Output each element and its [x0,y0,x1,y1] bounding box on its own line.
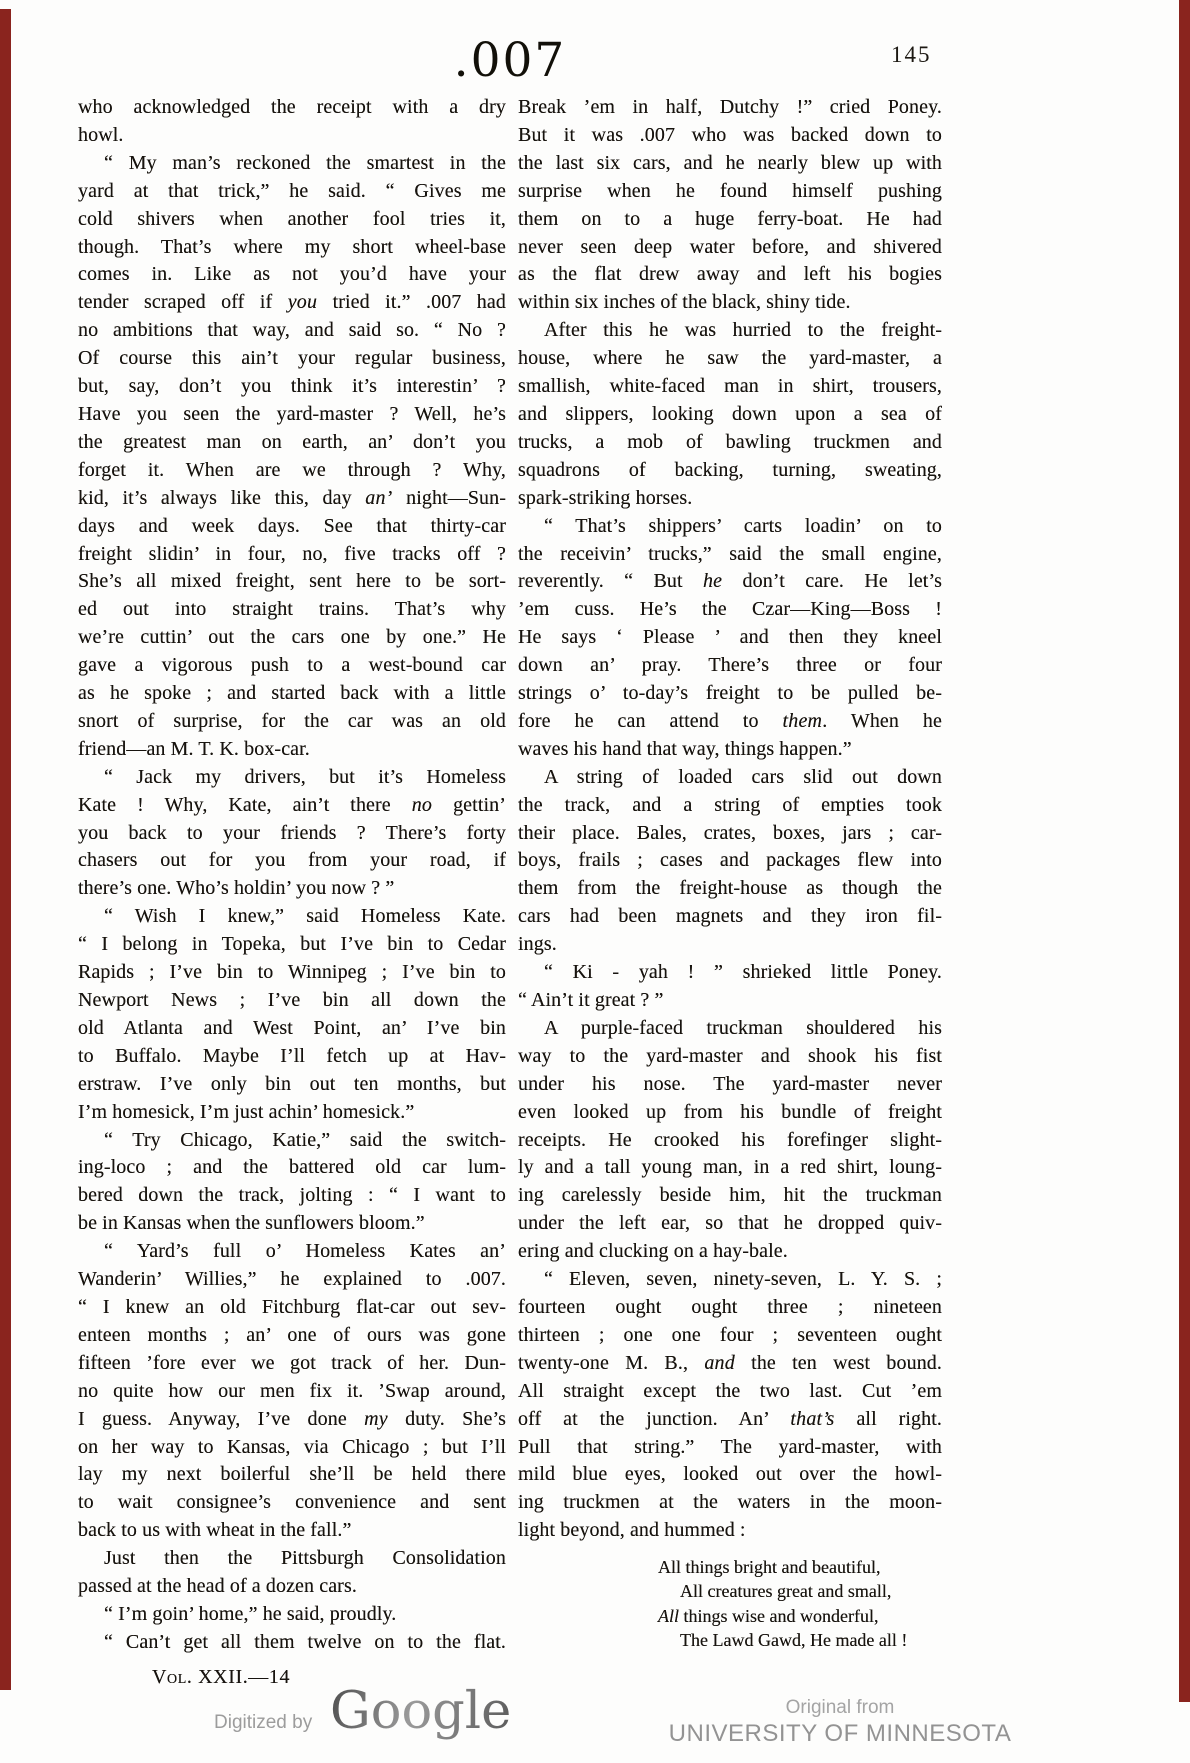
paragraph: “ My man’s reckoned the smartest in they… [78,150,506,764]
text-line: days and week days. See that thirty-car [78,513,506,541]
text-line: though. That’s where my short wheel-base [78,234,506,262]
text-line: He says ‘ Please ’ and then they kneel [518,624,942,652]
text-line: ’em cuss. He’s the Czar—King—Boss ! [518,596,942,624]
text-line: way to the yard-master and shook his fis… [518,1043,942,1071]
text-line: gave a vigorous push to a west-bound car [78,652,506,680]
paragraph: “ Yard’s full o’ Homeless Kates an’Wande… [78,1238,506,1545]
text-line: boys, frails ; cases and packages flew i… [518,847,942,875]
text-line: under his nose. The yard-master never [518,1071,942,1099]
text-line: A purple-faced truckman shouldered his [518,1015,942,1043]
text-line: Just then the Pittsburgh Consolidation [78,1545,506,1573]
text-line: “ I knew an old Fitchburg flat-car out s… [78,1294,506,1322]
text-line: twenty-one M. B., and the ten west bound… [518,1350,942,1378]
paragraph-container-right: Break ’em in half, Dutchy !” cried Poney… [518,94,942,1545]
text-line: squadrons of backing, turning, sweating, [518,457,942,485]
text-line: A string of loaded cars slid out down [518,764,942,792]
text-line: them on to a huge ferry-boat. He had [518,206,942,234]
paragraph: “ I’m goin’ home,” he said, proudly. [78,1601,506,1629]
text-line: ly and a tall young man, in a red shirt,… [518,1154,942,1182]
text-line: Have you seen the yard-master ? Well, he… [78,401,506,429]
text-line: we’re cuttin’ out the cars one by one.” … [78,624,506,652]
text-line: within six inches of the black, shiny ti… [518,289,942,317]
text-line: as the flat drew away and left his bogie… [518,261,942,289]
text-line: house, where he saw the yard-master, a [518,345,942,373]
text-line: ing carelessly beside him, hit the truck… [518,1182,942,1210]
text-line: the receivin’ trucks,” said the small en… [518,541,942,569]
original-from-label: Original from [690,1697,990,1719]
text-line: even looked up from his bundle of freigh… [518,1099,942,1127]
paragraph: “ Jack my drivers, but it’s HomelessKate… [78,764,506,904]
text-line: cars had been magnets and they iron fil- [518,903,942,931]
text-line: “ That’s shippers’ carts loadin’ on to [518,513,942,541]
text-line: as he spoke ; and started back with a li… [78,680,506,708]
text-line: Of course this ain’t your regular busine… [78,345,506,373]
text-line: to Buffalo. Maybe I’ll fetch up at Hav- [78,1043,506,1071]
digitized-by-label: Digitized by [214,1712,312,1734]
text-line: Wanderin’ Willies,” he explained to .007… [78,1266,506,1294]
text-line: under the left ear, so that he dropped q… [518,1210,942,1238]
text-line: “ Can’t get all them twelve on to the fl… [78,1629,506,1657]
text-line: ing-loco ; and the battered old car lum- [78,1154,506,1182]
text-line: After this he was hurried to the freight… [518,317,942,345]
text-line: All straight except the two last. Cut ’e… [518,1378,942,1406]
text-line: “ Wish I knew,” said Homeless Kate. [78,903,506,931]
paragraph: Break ’em in half, Dutchy !” cried Poney… [518,94,942,317]
page-title: .007 [78,33,942,88]
text-line: the track, and a string of empties took [518,792,942,820]
text-line: “ Eleven, seven, ninety-seven, L. Y. S. … [518,1266,942,1294]
paragraph-container-left: who acknowledged the receipt with a dryh… [78,94,506,1657]
text-line: ing truckmen at the waters in the moon- [518,1489,942,1517]
text-line: trucks, a mob of bawling truckmen and [518,429,942,457]
text-line: howl. [78,122,506,150]
text-line: you back to your friends ? There’s forty [78,820,506,848]
scan-edge-right [1179,0,1190,1702]
text-line: “ I’m goin’ home,” he said, proudly. [78,1601,506,1629]
text-line: She’s all mixed freight, sent here to be… [78,568,506,596]
text-line: “ Ki - yah ! ” shrieked little Poney. [518,959,942,987]
text-line: to wait consignee’s convenience and sent [78,1489,506,1517]
google-logo: Google [330,1684,511,1740]
text-line: fourteen ought ought three ; nineteen [518,1294,942,1322]
text-line: chasers out for you from your road, if [78,847,506,875]
column-left: who acknowledged the receipt with a dryh… [78,94,506,1690]
text-line: “ I belong in Topeka, but I’ve bin to Ce… [78,931,506,959]
hymn-verse: All things bright and beautiful,All crea… [518,1555,942,1652]
text-line: But it was .007 who was backed down to [518,122,942,150]
text-line: be in Kansas when the sunflowers bloom.” [78,1210,506,1238]
text-line: ings. [518,931,942,959]
text-line: Kate ! Why, Kate, ain’t there no gettin’ [78,792,506,820]
text-line: fifteen ’fore ever we got track of her. … [78,1350,506,1378]
paragraph: “ Can’t get all them twelve on to the fl… [78,1629,506,1657]
text-line: “ Jack my drivers, but it’s Homeless [78,764,506,792]
text-line: comes in. Like as not you’d have your [78,261,506,289]
text-line: them from the freight-house as though th… [518,875,942,903]
text-line: passed at the head of a dozen cars. [78,1573,506,1601]
text-line: “ Try Chicago, Katie,” said the switch- [78,1127,506,1155]
text-line: ering and clucking on a hay-bale. [518,1238,942,1266]
paragraph: “ Eleven, seven, ninety-seven, L. Y. S. … [518,1266,942,1545]
text-line: Newport News ; I’ve bin all down the [78,987,506,1015]
text-line: back to us with wheat in the fall.” [78,1517,506,1545]
text-line: enteen months ; an’ one of ours was gone [78,1322,506,1350]
paragraph: “ Ki - yah ! ” shrieked little Poney.“ A… [518,959,942,1015]
text-line: lay my next boilerful she’ll be held the… [78,1461,506,1489]
text-line: on her way to Kansas, via Chicago ; but … [78,1434,506,1462]
verse-line: All things bright and beautiful, [658,1555,942,1579]
text-line: strings o’ to-day’s freight to be pulled… [518,680,942,708]
text-line: no ambitions that way, and said so. “ No… [78,317,506,345]
text-line: kid, it’s always like this, day an’ nigh… [78,485,506,513]
text-line: there’s one. Who’s holdin’ you now ? ” [78,875,506,903]
text-line: surprise when he found himself pushing [518,178,942,206]
text-line: no quite how our men fix it. ’Swap aroun… [78,1378,506,1406]
column-right: Break ’em in half, Dutchy !” cried Poney… [518,94,942,1690]
text-line: smallish, white-faced man in shirt, trou… [518,373,942,401]
text-line: waves his hand that way, things happen.” [518,736,942,764]
text-columns: who acknowledged the receipt with a dryh… [78,94,942,1690]
text-line: off at the junction. An’ that’s all righ… [518,1406,942,1434]
text-line: “ Yard’s full o’ Homeless Kates an’ [78,1238,506,1266]
text-line: fore he can attend to them. When he [518,708,942,736]
text-line: I’m homesick, I’m just achin’ homesick.” [78,1099,506,1127]
text-line: the last six cars, and he nearly blew up… [518,150,942,178]
text-line: old Atlanta and West Point, an’ I’ve bin [78,1015,506,1043]
page-number: 145 [891,42,932,68]
text-line: Break ’em in half, Dutchy !” cried Poney… [518,94,942,122]
text-line: and slippers, looking down upon a sea of [518,401,942,429]
scan-page: .007 145 who acknowledged the receipt wi… [0,0,1190,1763]
text-line: never seen deep water before, and shiver… [518,234,942,262]
text-line: forget it. When are we through ? Why, [78,457,506,485]
text-line: freight slidin’ in four, no, five tracks… [78,541,506,569]
text-line: light beyond, and hummed : [518,1517,942,1545]
text-line: yard at that trick,” he said. “ Gives me [78,178,506,206]
paragraph: “ Wish I knew,” said Homeless Kate.“ I b… [78,903,506,1126]
text-line: I guess. Anyway, I’ve done my duty. She’… [78,1406,506,1434]
paragraph: who acknowledged the receipt with a dryh… [78,94,506,150]
text-line: Pull that string.” The yard-master, with [518,1434,942,1462]
text-line: down an’ pray. There’s three or four [518,652,942,680]
text-line: who acknowledged the receipt with a dry [78,94,506,122]
text-line: spark-striking horses. [518,485,942,513]
text-line: thirteen ; one one four ; seventeen ough… [518,1322,942,1350]
text-line: ed out into straight trains. That’s why [78,596,506,624]
verse-line: All creatures great and small, [658,1579,942,1603]
text-line: friend—an M. T. K. box-car. [78,736,506,764]
scan-edge-left [0,9,11,1690]
text-line: receipts. He crooked his forefinger slig… [518,1127,942,1155]
text-line: their place. Bales, crates, boxes, jars … [518,820,942,848]
text-line: the greatest man on earth, an’ don’t you [78,429,506,457]
text-line: “ Ain’t it great ? ” [518,987,942,1015]
paragraph: Just then the Pittsburgh Consolidationpa… [78,1545,506,1601]
paragraph: After this he was hurried to the freight… [518,317,942,512]
text-line: mild blue eyes, looked out over the howl… [518,1461,942,1489]
text-line: tender scraped off if you tried it.” .00… [78,289,506,317]
paragraph: A string of loaded cars slid out downthe… [518,764,942,959]
verse-line: All things wise and wonderful, [658,1604,942,1628]
text-line: snort of surprise, for the car was an ol… [78,708,506,736]
institution-label: UNIVERSITY OF MINNESOTA [640,1720,1040,1748]
text-line: Rapids ; I’ve bin to Winnipeg ; I’ve bin… [78,959,506,987]
text-line: erstraw. I’ve only bin out ten months, b… [78,1071,506,1099]
text-line: but, say, don’t you think it’s interesti… [78,373,506,401]
text-line: bered down the track, jolting : “ I want… [78,1182,506,1210]
text-line: “ My man’s reckoned the smartest in the [78,150,506,178]
verse-line: The Lawd Gawd, He made all ! [658,1628,942,1652]
text-line: reverently. “ But he don’t care. He let’… [518,568,942,596]
paragraph: “ Try Chicago, Katie,” said the switch-i… [78,1127,506,1239]
paragraph: “ That’s shippers’ carts loadin’ on toth… [518,513,942,764]
text-line: cold shivers when another fool tries it, [78,206,506,234]
paragraph: A purple-faced truckman shouldered hiswa… [518,1015,942,1266]
